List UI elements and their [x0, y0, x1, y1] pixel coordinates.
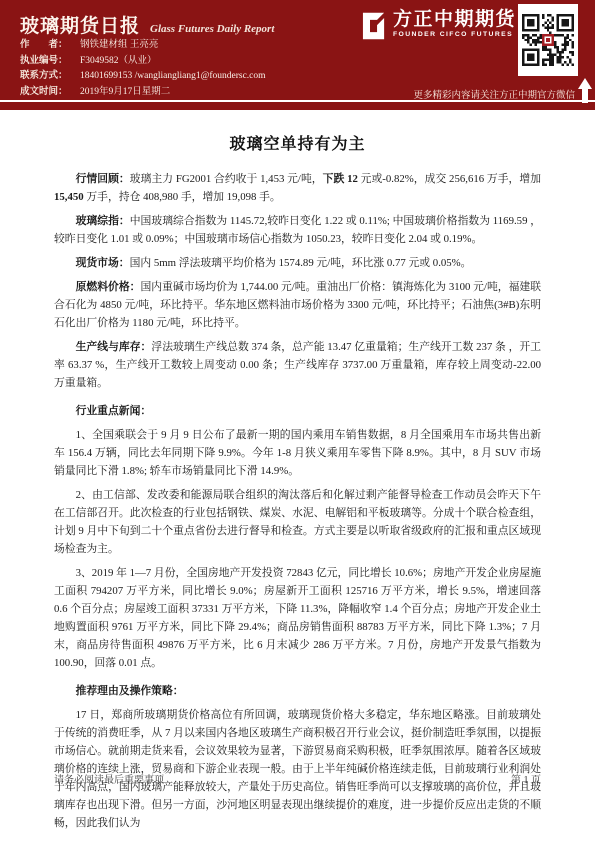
field-value: 钢铁建材组 王亮亮 [80, 38, 158, 54]
report-paragraph: 玻璃综指：中国玻璃综合指数为 1145.72,较昨日变化 1.22 或 0.11… [54, 212, 541, 248]
field-value: 2019年9月17日星期二 [80, 85, 170, 101]
company-logo: 方正中期期货 FOUNDER CIFCO FUTURES [354, 9, 516, 41]
section-heading: 行业重点新闻： [54, 402, 541, 420]
author-fields: 作 者：钢铁建材组 王亮亮执业编号：F3049582（从业）联系方式：18401… [20, 38, 266, 100]
field-value: F3049582（从业） [80, 54, 157, 70]
field-label: 作 者： [20, 38, 74, 54]
report-title: 玻璃期货日报 [20, 11, 140, 38]
author-field-row: 联系方式：18401699153 /wangliangliang1@founde… [20, 69, 266, 85]
up-arrow-icon [578, 78, 592, 104]
field-label: 执业编号： [20, 54, 74, 70]
field-value: 18401699153 /wangliangliang1@foundersc.c… [80, 69, 266, 85]
report-header: 玻璃期货日报 Glass Futures Daily Report 作 者：钢铁… [0, 0, 595, 100]
report-paragraph: 现货市场：国内 5mm 浮法玻璃平均价格为 1574.89 元/吨，环比涨 0.… [54, 254, 541, 272]
page-title: 玻璃空单持有为主 [54, 132, 541, 158]
report-title-group: 玻璃期货日报 Glass Futures Daily Report [20, 11, 274, 38]
report-paragraph: 3、2019 年 1—7 月份，全国房地产开发投资 72843 亿元，同比增长 … [54, 564, 541, 672]
report-page: 玻璃期货日报 Glass Futures Daily Report 作 者：钢铁… [0, 0, 595, 842]
founder-logo-icon [354, 11, 386, 41]
page-number: 第 1 页 [511, 771, 541, 786]
field-label: 联系方式： [20, 69, 74, 85]
author-field-row: 成文时间：2019年9月17日星期二 [20, 85, 266, 101]
report-paragraph: 行情回顾：玻璃主力 FG2001 合约收于 1,453 元/吨，下跌 12 元或… [54, 170, 541, 206]
field-label: 成文时间： [20, 85, 74, 101]
wechat-note: 更多精彩内容请关注方正中期官方微信 [413, 87, 575, 101]
company-logo-text: 方正中期期货 FOUNDER CIFCO FUTURES [393, 9, 516, 39]
report-paragraph: 17 日，郑商所玻璃期货价格高位有所回调，玻璃现货价格大多稳定，华东地区略涨。目… [54, 706, 541, 832]
footer-disclaimer: 请务必阅读最后重要事项 [54, 771, 164, 786]
document-body: 玻璃空单持有为主 行情回顾：玻璃主力 FG2001 合约收于 1,453 元/吨… [54, 132, 541, 832]
wechat-qr-code [518, 4, 578, 76]
company-name-cn: 方正中期期货 [393, 9, 516, 30]
author-field-row: 执业编号：F3049582（从业） [20, 54, 266, 70]
company-name-en: FOUNDER CIFCO FUTURES [393, 30, 516, 39]
report-paragraph: 2、由工信部、发改委和能源局联合组织的淘汰落后和化解过剩产能督导检查工作动员会昨… [54, 486, 541, 558]
author-field-row: 作 者：钢铁建材组 王亮亮 [20, 38, 266, 54]
header-separator-bar [0, 102, 595, 110]
report-paragraph: 生产线与库存：浮法玻璃生产线总数 374 条，总产能 13.47 亿重量箱；生产… [54, 338, 541, 392]
report-subtitle: Glass Futures Daily Report [150, 23, 274, 35]
section-heading: 推荐理由及操作策略： [54, 682, 541, 700]
report-paragraph: 原燃料价格：国内重碱市场均价为 1,744.00 元/吨。重油出厂价格：镇海炼化… [54, 278, 541, 332]
qr-code-icon [522, 14, 574, 66]
document-blocks: 行情回顾：玻璃主力 FG2001 合约收于 1,453 元/吨，下跌 12 元或… [54, 170, 541, 832]
page-footer: 请务必阅读最后重要事项 第 1 页 [54, 771, 541, 786]
report-paragraph: 1、全国乘联会于 9 月 9 日公布了最新一期的国内乘用车销售数据，8 月全国乘… [54, 426, 541, 480]
